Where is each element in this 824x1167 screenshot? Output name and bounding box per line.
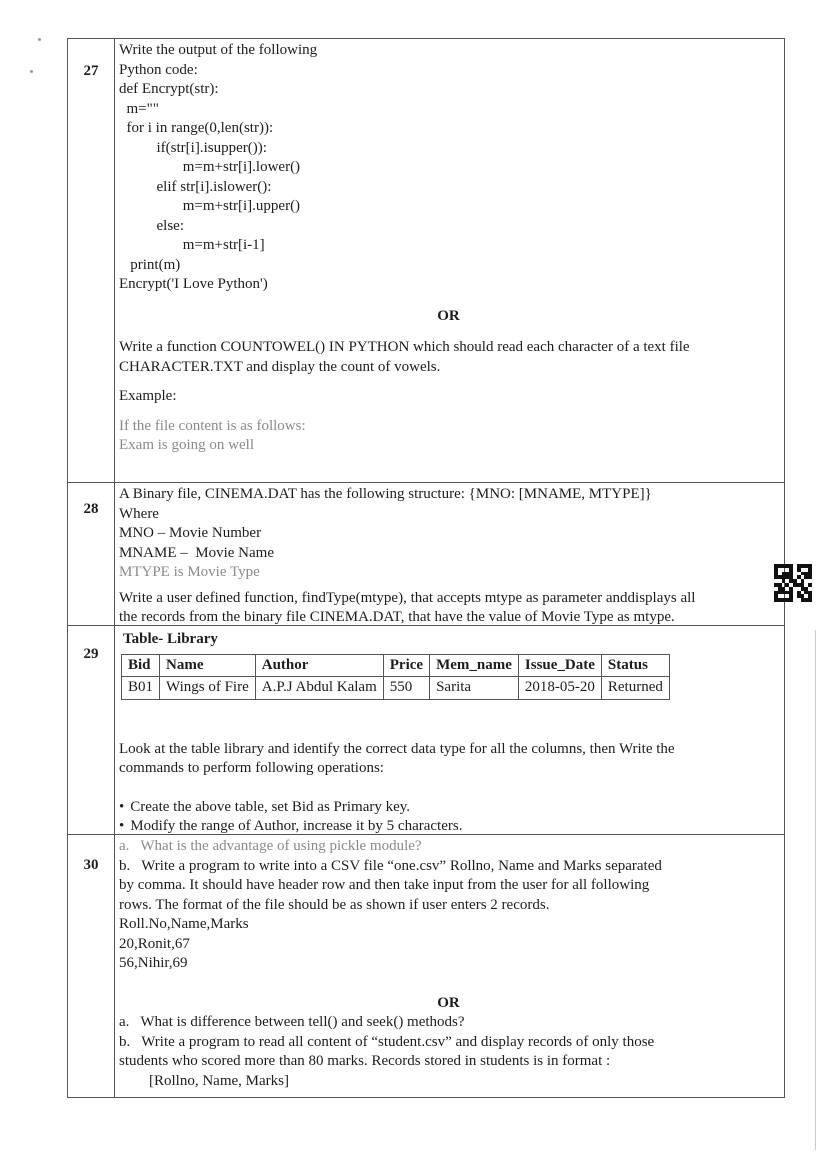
- qr-code-icon: [774, 564, 812, 602]
- text-line: A Binary file, CINEMA.DAT has the follow…: [119, 485, 778, 505]
- table-cell: Wings of Fire: [160, 677, 256, 700]
- text-line: [Rollno, Name, Marks]: [119, 1072, 778, 1092]
- text-line: b. Write a program to read all content o…: [119, 1033, 778, 1053]
- table-row: B01Wings of FireA.P.J Abdul Kalam550Sari…: [122, 677, 670, 700]
- text-line: MNO – Movie Number: [119, 524, 778, 544]
- example-line: Exam is going on well: [119, 436, 778, 456]
- text-line: 56,Nihir,69: [119, 954, 778, 974]
- question-body: Table- Library BidNameAuthorPriceMem_nam…: [115, 626, 784, 834]
- question-text: Look at the table library and identify t…: [119, 740, 778, 779]
- text-line: MTYPE is Movie Type: [119, 563, 778, 583]
- question-body: Write the output of the followingPython …: [115, 39, 784, 482]
- column-header: Author: [255, 654, 383, 677]
- operation-item: Create the above table, set Bid as Prima…: [119, 798, 778, 818]
- column-header: Name: [160, 654, 256, 677]
- question-task: Write a user defined function, findType(…: [119, 589, 778, 628]
- example-line: If the file content is as follows:: [119, 417, 778, 437]
- question-body: a. What is the advantage of using pickle…: [115, 835, 784, 1097]
- or-separator: OR: [119, 307, 778, 327]
- column-header: Mem_name: [430, 654, 519, 677]
- code-line: Python code:: [119, 61, 778, 81]
- code-line: Write the output of the following: [119, 41, 778, 61]
- text-line: students who scored more than 80 marks. …: [119, 1052, 778, 1072]
- column-header: Price: [383, 654, 429, 677]
- text-line: MNAME – Movie Name: [119, 544, 778, 564]
- code-line: m=m+str[i].lower(): [119, 158, 778, 178]
- table-cell: A.P.J Abdul Kalam: [255, 677, 383, 700]
- text-line: commands to perform following operations…: [119, 759, 778, 779]
- question-number: 28: [68, 483, 115, 625]
- text-line: Look at the table library and identify t…: [119, 740, 778, 760]
- question-number: 27: [68, 39, 115, 482]
- text-line: b. Write a program to write into a CSV f…: [119, 857, 778, 877]
- table-cell: Sarita: [430, 677, 519, 700]
- code-line: if(str[i].isupper()):: [119, 139, 778, 159]
- text-line: by comma. It should have header row and …: [119, 876, 778, 896]
- library-table: BidNameAuthorPriceMem_nameIssue_DateStat…: [121, 654, 670, 700]
- code-line: elif str[i].islower():: [119, 178, 778, 198]
- alternative-question: a. What is difference between tell() and…: [119, 1013, 778, 1091]
- text-line: Where: [119, 505, 778, 525]
- question-sheet: 27 Write the output of the followingPyth…: [67, 38, 785, 1098]
- question-28: 28 A Binary file, CINEMA.DAT has the fol…: [67, 483, 785, 626]
- text-line: Write a user defined function, findType(…: [119, 589, 778, 609]
- text-line: CHARACTER.TXT and display the count of v…: [119, 358, 778, 378]
- text-line: Write a function COUNTOWEL() IN PYTHON w…: [119, 338, 778, 358]
- code-line: m=m+str[i].upper(): [119, 197, 778, 217]
- column-header: Issue_Date: [518, 654, 601, 677]
- text-line: a. What is the advantage of using pickle…: [119, 837, 778, 857]
- code-line: m=m+str[i-1]: [119, 236, 778, 256]
- code-line: def Encrypt(str):: [119, 80, 778, 100]
- text-line: 20,Ronit,67: [119, 935, 778, 955]
- question-text: A Binary file, CINEMA.DAT has the follow…: [119, 485, 778, 583]
- code-line: print(m): [119, 256, 778, 276]
- table-title: Table- Library: [123, 630, 778, 650]
- question-29: 29 Table- Library BidNameAuthorPriceMem_…: [67, 626, 785, 835]
- example-content: If the file content is as follows:Exam i…: [119, 417, 778, 456]
- column-header: Bid: [122, 654, 160, 677]
- question-text: a. What is the advantage of using pickle…: [119, 837, 778, 974]
- operations-list: Create the above table, set Bid as Prima…: [119, 798, 778, 837]
- text-line: Roll.No,Name,Marks: [119, 915, 778, 935]
- question-number: 30: [68, 835, 115, 1097]
- scan-edge-line: [815, 630, 816, 1150]
- code-line: for i in range(0,len(str)):: [119, 119, 778, 139]
- table-cell: B01: [122, 677, 160, 700]
- table-header-row: BidNameAuthorPriceMem_nameIssue_DateStat…: [122, 654, 670, 677]
- scan-speck: [30, 70, 33, 73]
- code-line: else:: [119, 217, 778, 237]
- code-line: Encrypt('I Love Python'): [119, 275, 778, 295]
- question-number: 29: [68, 626, 115, 834]
- text-line: the records from the binary file CINEMA.…: [119, 608, 778, 628]
- operation-item: Modify the range of Author, increase it …: [119, 817, 778, 837]
- question-body: A Binary file, CINEMA.DAT has the follow…: [115, 483, 784, 625]
- question-27: 27 Write the output of the followingPyth…: [67, 38, 785, 483]
- text-line: rows. The format of the file should be a…: [119, 896, 778, 916]
- column-header: Status: [601, 654, 669, 677]
- question-30: 30 a. What is the advantage of using pic…: [67, 835, 785, 1098]
- code-line: m="": [119, 100, 778, 120]
- or-separator: OR: [119, 994, 778, 1014]
- code-block: Write the output of the followingPython …: [119, 41, 778, 295]
- alternative-question: Write a function COUNTOWEL() IN PYTHON w…: [119, 338, 778, 377]
- example-label: Example:: [119, 387, 778, 407]
- table-cell: Returned: [601, 677, 669, 700]
- text-line: a. What is difference between tell() and…: [119, 1013, 778, 1033]
- table-cell: 550: [383, 677, 429, 700]
- table-cell: 2018-05-20: [518, 677, 601, 700]
- scan-speck: [38, 38, 41, 41]
